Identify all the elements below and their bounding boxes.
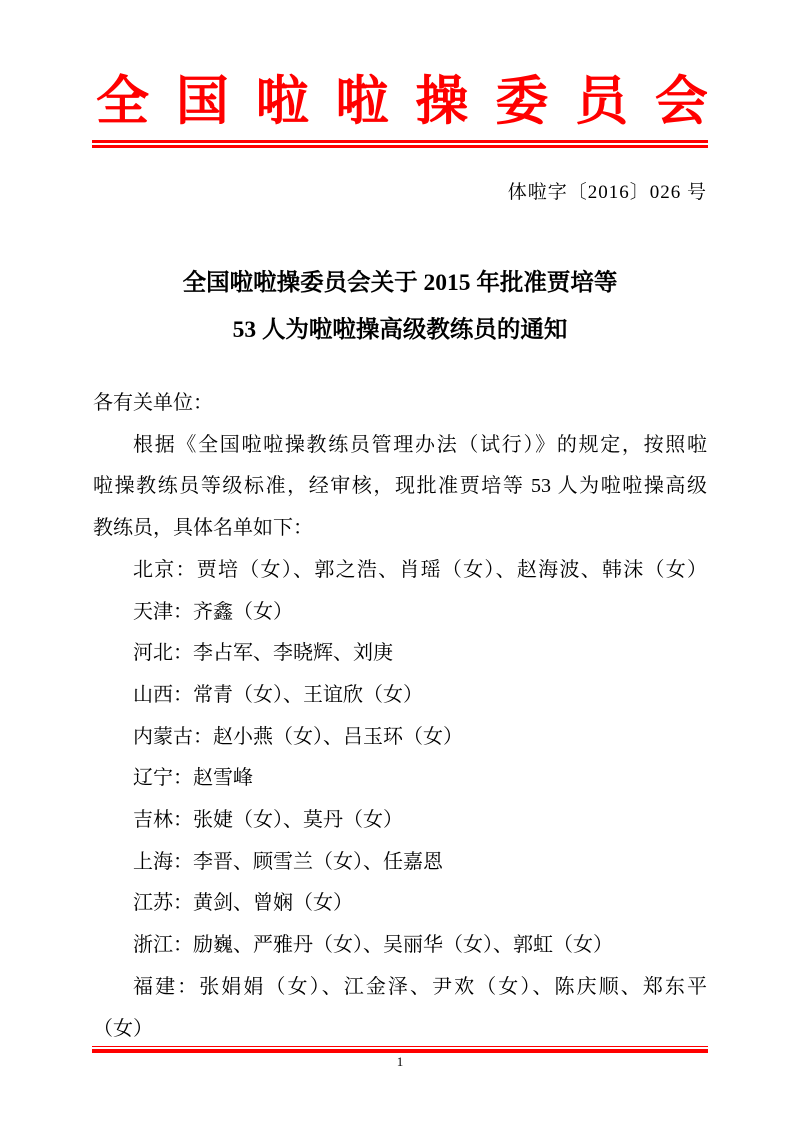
- doc-title-line2: 53 人为啦啦操高级教练员的通知: [0, 307, 800, 354]
- list-item-fujian: 福建：张娟娟（女）、江金泽、尹欢（女）、陈庆顺、郑东平: [93, 967, 707, 1009]
- org-title-char: 委: [495, 74, 548, 131]
- org-title-char: 操: [415, 74, 468, 131]
- document-page: 全国啦啦操委员会 体啦字〔2016〕026 号 全国啦啦操委员会关于 2015 …: [0, 0, 800, 1131]
- org-title-char: 啦: [256, 74, 309, 131]
- list-item-beijing: 北京：贾培（女）、郭之浩、肖瑶（女）、赵海波、韩沫（女）: [93, 550, 707, 592]
- org-title-char: 全: [96, 74, 149, 131]
- list-item-neimenggu: 内蒙古：赵小燕（女）、吕玉环（女）: [93, 717, 707, 759]
- org-title: 全国啦啦操委员会: [96, 74, 708, 131]
- doc-number: 体啦字〔2016〕026 号: [93, 179, 707, 207]
- list-item-continuation: （女）: [93, 1009, 707, 1051]
- list-item-shanghai: 上海：李晋、顾雪兰（女）、任嘉恩: [93, 842, 707, 884]
- list-item-jiangsu: 江苏：黄剑、曾娴（女）: [93, 883, 707, 925]
- list-item-jilin: 吉林：张婕（女）、莫丹（女）: [93, 800, 707, 842]
- org-title-char: 员: [575, 74, 628, 131]
- paragraph-line: 啦操教练员等级标准，经审核，现批准贾培等 53 人为啦啦操高级: [93, 466, 707, 508]
- page-number: 1: [0, 1054, 800, 1069]
- org-title-char: 啦: [336, 74, 389, 131]
- body-text: 各有关单位： 根据《全国啦啦操教练员管理办法（试行）》的规定，按照啦 啦操教练员…: [93, 383, 707, 1050]
- doc-title-line1: 全国啦啦操委员会关于 2015 年批准贾培等: [0, 260, 800, 307]
- list-item-tianjin: 天津：齐鑫（女）: [93, 592, 707, 634]
- org-title-char: 会: [655, 74, 708, 131]
- org-title-char: 国: [176, 74, 229, 131]
- doc-title: 全国啦啦操委员会关于 2015 年批准贾培等 53 人为啦啦操高级教练员的通知: [0, 260, 800, 354]
- list-item-shanxi: 山西：常青（女）、王谊欣（女）: [93, 675, 707, 717]
- paragraph-line: 教练员，具体名单如下：: [93, 508, 707, 550]
- list-item-hebei: 河北：李占军、李晓辉、刘庚: [93, 633, 707, 675]
- list-item-zhejiang: 浙江：励巍、严雅丹（女）、吴丽华（女）、郭虹（女）: [93, 925, 707, 967]
- paragraph-line: 根据《全国啦啦操教练员管理办法（试行）》的规定，按照啦: [93, 425, 707, 467]
- footer-rule: [92, 1046, 708, 1053]
- list-item-liaoning: 辽宁：赵雪峰: [93, 758, 707, 800]
- header-rule: [92, 140, 708, 148]
- salutation-line: 各有关单位：: [93, 383, 707, 425]
